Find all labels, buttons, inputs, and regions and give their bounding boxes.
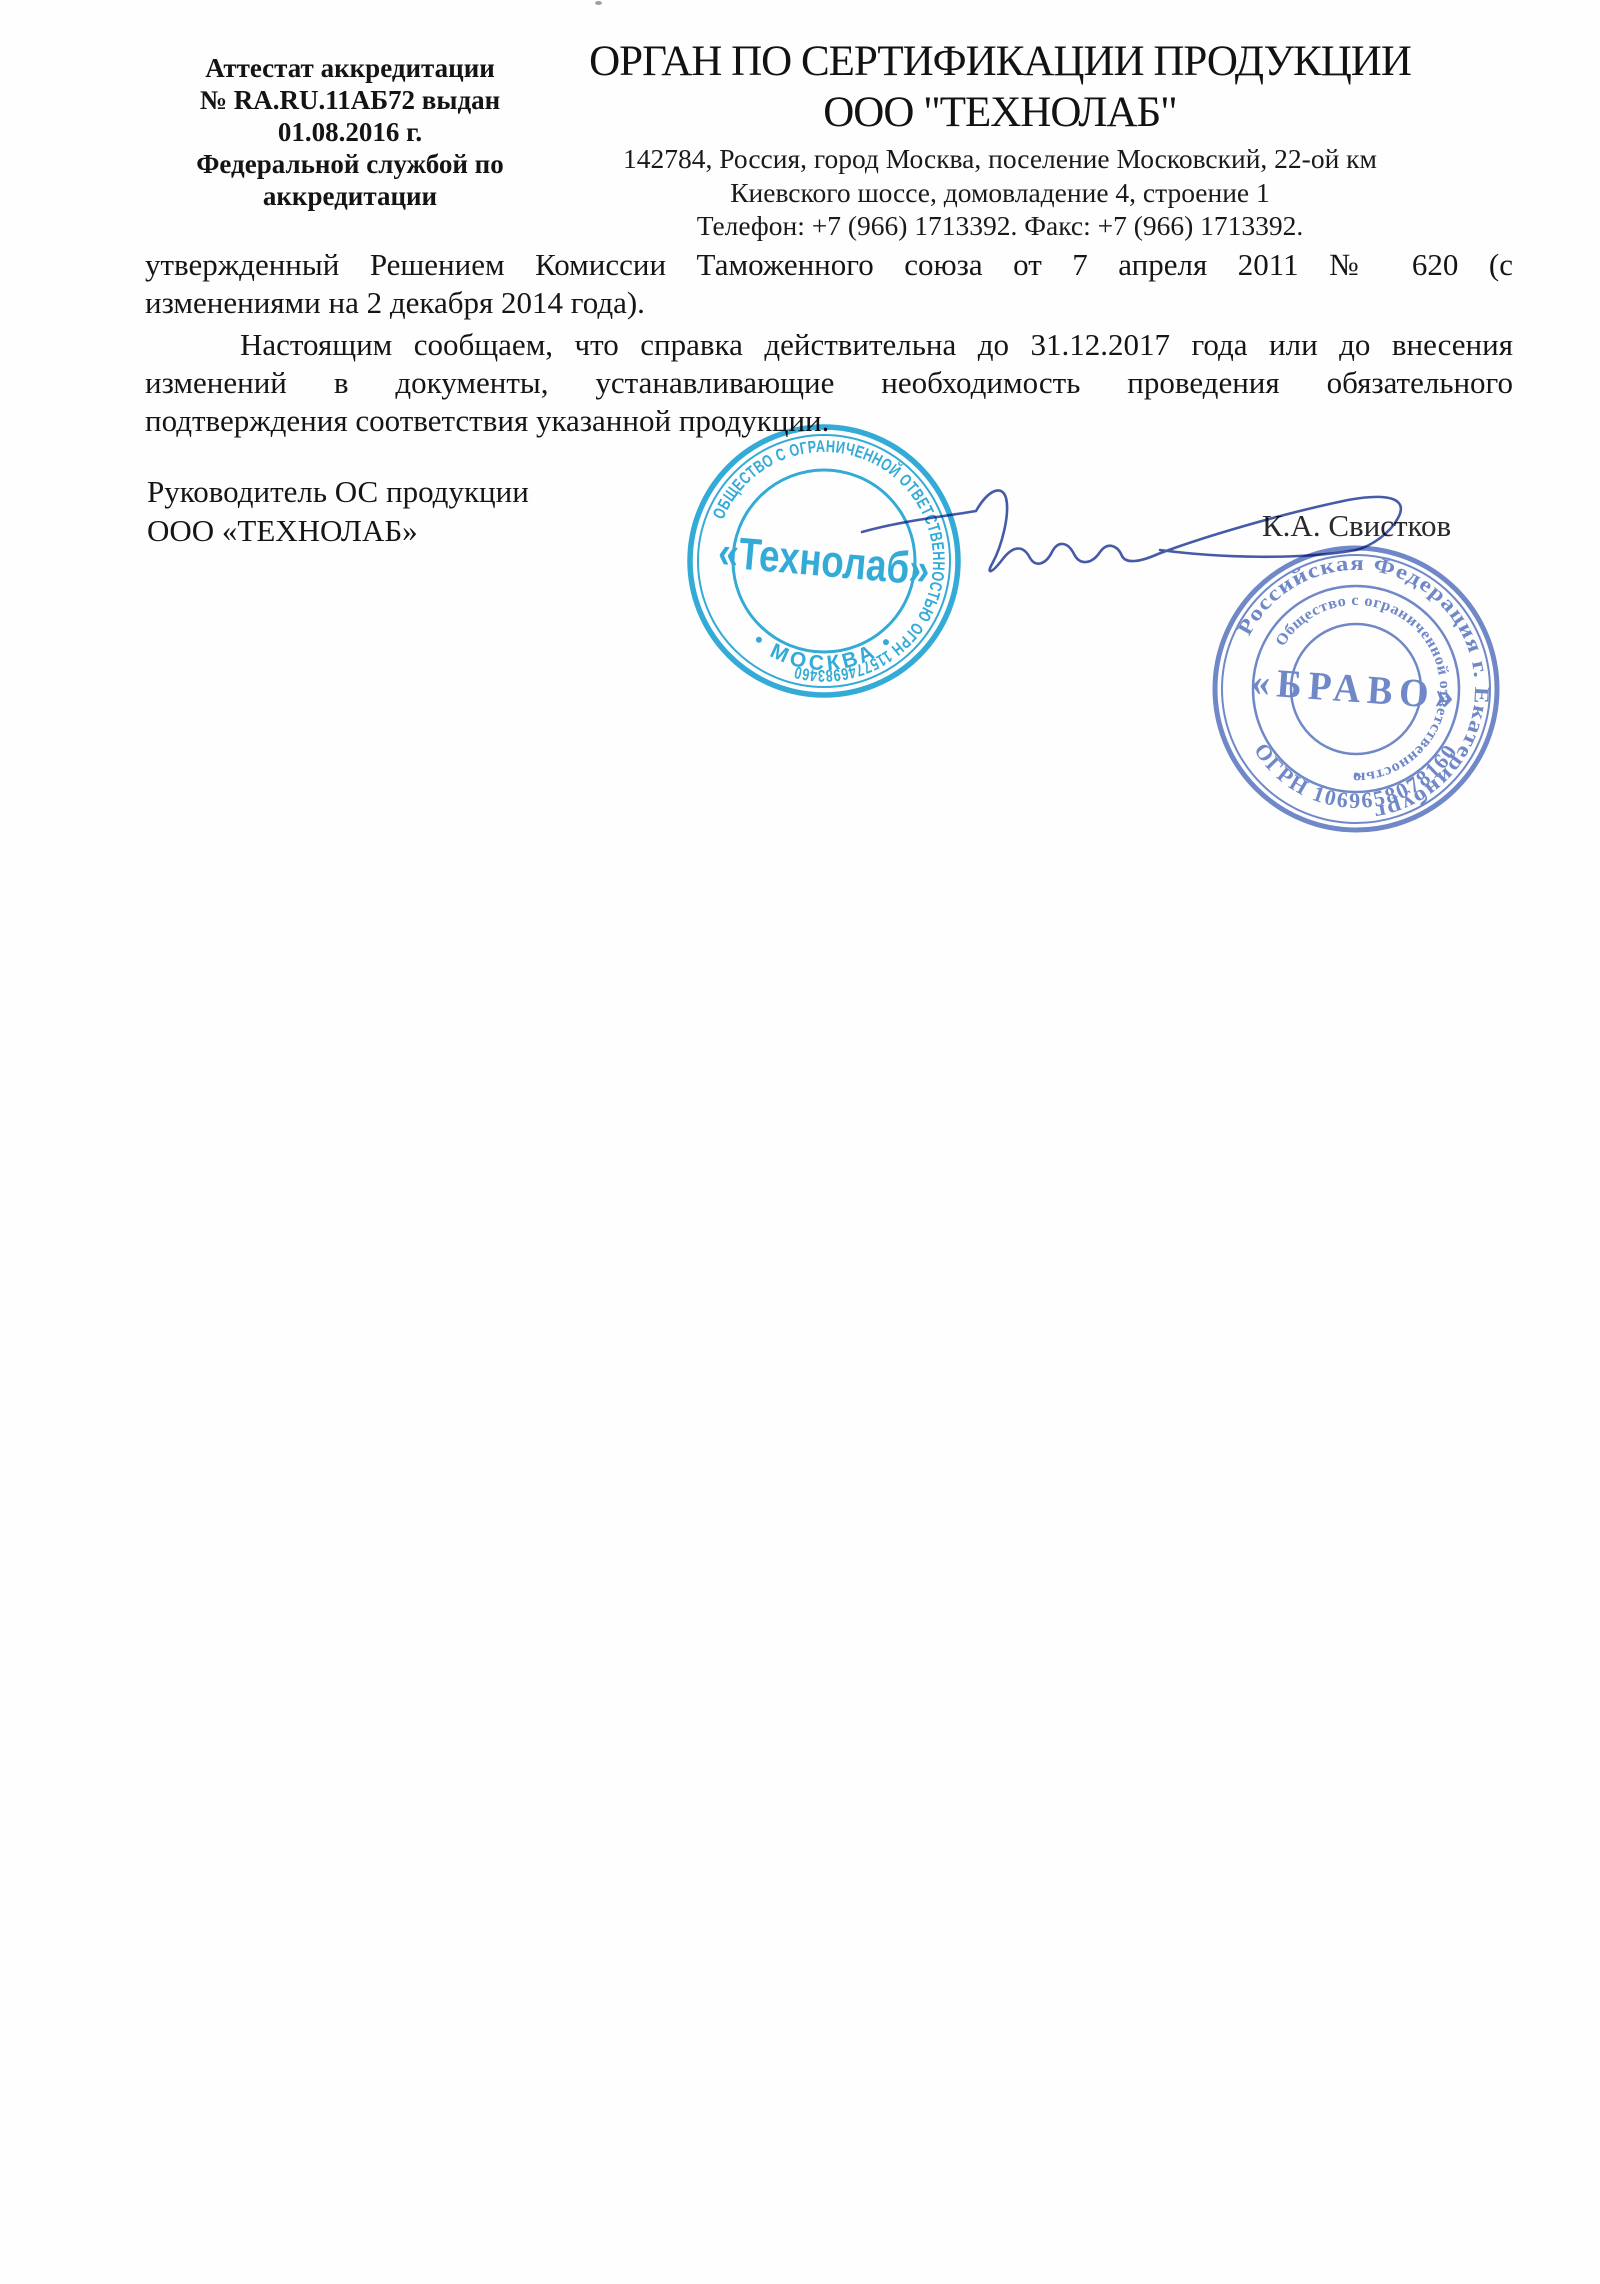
accreditation-line: аккредитации (160, 180, 540, 212)
org-address: 142784, Россия, город Москва, поселение … (560, 142, 1440, 243)
bravo-stamp: Российская Федерация г. Екатеринбург ОГР… (1206, 539, 1506, 839)
body-line: изменений в документы, устанавливающие н… (145, 364, 1513, 402)
signatory-role-block: Руководитель ОС продукции ООО «ТЕХНОЛАБ» (147, 472, 529, 550)
address-line: Телефон: +7 (966) 1713392. Факс: +7 (966… (560, 209, 1440, 243)
accreditation-line: Аттестат аккредитации (160, 52, 540, 84)
accreditation-line: Федеральной службой по (160, 148, 540, 180)
body-line: утвержденный Решением Комиссии Таможенно… (145, 246, 1513, 284)
stamp-company-name: «БРАВО» (1250, 659, 1463, 719)
accreditation-block: Аттестат аккредитации № RA.RU.11АБ72 выд… (160, 52, 540, 212)
accreditation-line: № RA.RU.11АБ72 выдан (160, 84, 540, 116)
signatory-role-line: Руководитель ОС продукции (147, 472, 529, 511)
signatory-role-line: ООО «ТЕХНОЛАБ» (147, 511, 529, 550)
body-line: Настоящим сообщаем, что справка действит… (145, 326, 1513, 364)
body-line: изменениями на 2 декабря 2014 года). (145, 284, 1513, 322)
stamp-bottom-dot: • (1353, 765, 1359, 785)
paragraph-1: утвержденный Решением Комиссии Таможенно… (145, 246, 1513, 322)
address-line: Киевского шоссе, домовладение 4, строени… (560, 176, 1440, 210)
org-header: ОРГАН ПО СЕРТИФИКАЦИИ ПРОДУКЦИИ ООО "ТЕХ… (560, 36, 1440, 138)
letter-body: утвержденный Решением Комиссии Таможенно… (145, 246, 1513, 440)
document-page: Аттестат аккредитации № RA.RU.11АБ72 выд… (0, 0, 1600, 2284)
org-title-line1: ОРГАН ПО СЕРТИФИКАЦИИ ПРОДУКЦИИ (560, 36, 1440, 87)
accreditation-line: 01.08.2016 г. (160, 116, 540, 148)
scan-artifact-speck (595, 1, 602, 5)
address-line: 142784, Россия, город Москва, поселение … (560, 142, 1440, 176)
org-title-line2: ООО "ТЕХНОЛАБ" (560, 87, 1440, 138)
